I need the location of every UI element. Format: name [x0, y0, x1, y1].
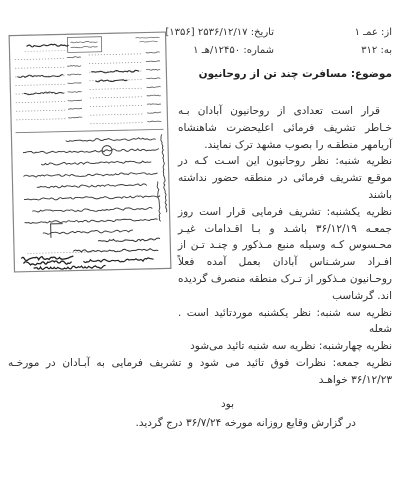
body-column: قرار است تعدادی از روحانیون آبادان بـه خ…: [178, 103, 392, 355]
paragraph: نظریه یکشنبه: تشریف فرمایی قرار است روز …: [178, 204, 392, 305]
scanned-document: [8, 31, 171, 273]
paragraph: نظریه شنبه: نظر روحانیون این اسـت کـه در…: [178, 153, 392, 203]
to-field: به: ۳۱۲: [274, 42, 392, 60]
paragraph: قرار است تعدادی از روحانیون آبادان بـه خ…: [178, 103, 392, 153]
from-field: از: عمـ ۱: [274, 24, 392, 42]
savak-report-page: از: عمـ ۱ تاریخ: ۲۵۳۶/۱۲/۱۷ [۱۳۵۶] به: ۳…: [0, 0, 400, 500]
paragraph: در گزارش وقایع روزانه مورخه ۳۶/۷/۲۴ درج …: [8, 415, 392, 432]
body-full-width: نظریه جمعه: نظرات فوق تائید می شود و تشر…: [8, 355, 392, 432]
paragraph: نظریه جمعه: نظرات فوق تائید می شود و تشر…: [8, 355, 392, 389]
paragraph: بود: [8, 396, 392, 413]
number-field: شماره: ۱۲۴۵۰/هـ ۱: [193, 42, 274, 60]
paragraph: نظریه چهارشنبه: نظریه سه شنبه تائید می‌ش…: [178, 338, 392, 355]
scanned-document-image: [8, 31, 171, 273]
date-field: تاریخ: ۲۵۳۶/۱۲/۱۷ [۱۳۵۶]: [165, 24, 274, 42]
paragraph: نظریه سه شنبه: نظر یکشنبه موردتائید است …: [178, 305, 392, 339]
